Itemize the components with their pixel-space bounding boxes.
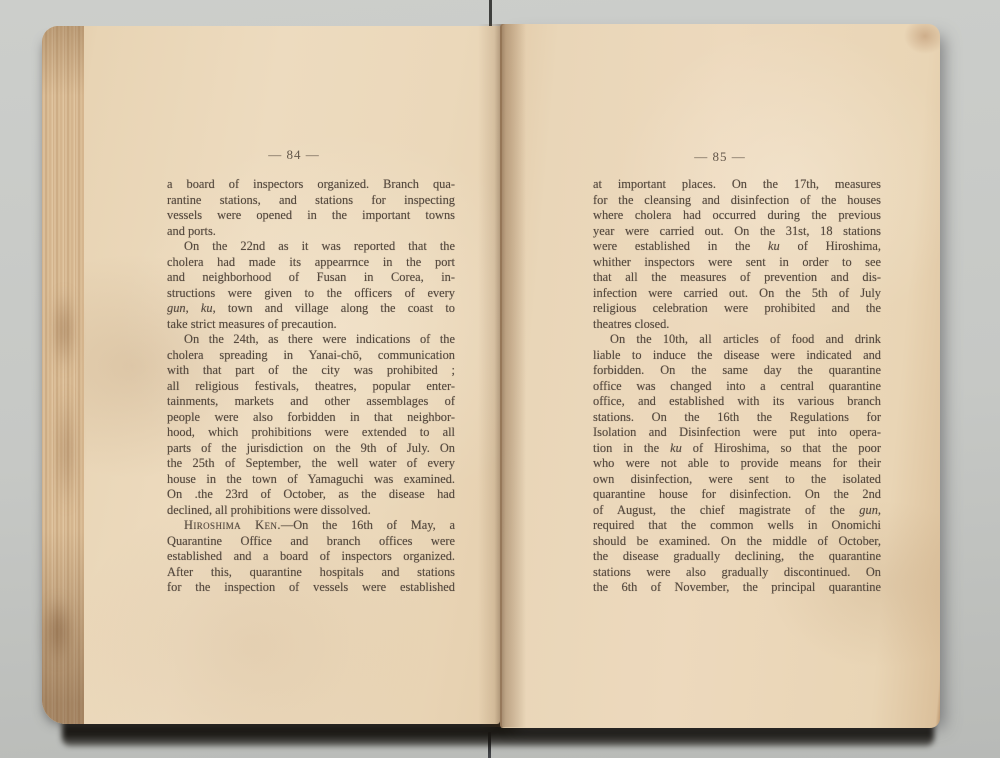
text-line: infection were carried out. On the 5th o…	[593, 286, 881, 302]
text-line: the disease gradually declining, the qua…	[593, 549, 881, 565]
text-line: a board of inspectors organized. Branch …	[167, 177, 455, 193]
text-line: Isolation and Disinfection were put into…	[593, 425, 881, 441]
text-line: the 6th of November, the principal quara…	[593, 580, 881, 596]
text-line: hood, which prohibitions were extended t…	[167, 425, 455, 441]
text-line: who were not able to provide means for t…	[593, 456, 881, 472]
text-segment: office was changed into a central quaran…	[593, 379, 881, 393]
text-segment: forbidden. On the same day the quarantin…	[593, 363, 881, 377]
text-segment: stations. On the 16th the Regulations fo…	[593, 410, 881, 424]
left-page-text: a board of inspectors organized. Branch …	[167, 177, 455, 596]
text-line: tion in the ku of Hiroshima, so that the…	[593, 441, 881, 457]
text-segment: On the 10th, all articles of food and dr…	[610, 332, 881, 346]
text-line: cholera had made its appearrnce in the p…	[167, 255, 455, 271]
text-segment: tion in the	[593, 441, 670, 455]
italic-term: ku	[670, 441, 682, 455]
text-line: On the 24th, as there were indications o…	[167, 332, 455, 348]
text-segment: where cholera had occurred during the pr…	[593, 208, 881, 222]
text-segment: tainments, markets and other assemblages…	[167, 394, 455, 408]
text-segment: office, and established with its various…	[593, 394, 881, 408]
text-segment: people were also forbidden in that neigh…	[167, 410, 455, 424]
text-line: office, and established with its various…	[593, 394, 881, 410]
text-line: stations. On the 16th the Regulations fo…	[593, 410, 881, 426]
text-segment: of Hiroshima,	[780, 239, 881, 253]
text-line: On .the 23rd of October, as the disease …	[167, 487, 455, 503]
text-line: quarantine house for disinfection. On th…	[593, 487, 881, 503]
text-line: year were carried out. On the 31st, 18 s…	[593, 224, 881, 240]
text-segment: Isolation and Disinfection were put into…	[593, 425, 881, 439]
text-line: with that part of the city was prohibite…	[167, 363, 455, 379]
text-line: liable to induce the disease were indica…	[593, 348, 881, 364]
text-segment: On the 24th, as there were indications o…	[184, 332, 455, 346]
text-line: gun, ku, town and village along the coas…	[167, 301, 455, 317]
text-segment: After this, quarantine hospitals and sta…	[167, 565, 455, 579]
text-segment: should be examined. On the middle of Oct…	[593, 534, 881, 548]
text-segment: structions were given to the officers of…	[167, 286, 455, 300]
text-line: for the cleansing and disinfection of th…	[593, 193, 881, 209]
text-line: parts of the jurisdiction on the 9th of …	[167, 441, 455, 457]
text-line: own disinfection, were sent to the isola…	[593, 472, 881, 488]
text-segment: vessels were opened in the important tow…	[167, 208, 455, 222]
text-line: established and a board of inspectors or…	[167, 549, 455, 565]
text-line: of August, the chief magistrate of the g…	[593, 503, 881, 519]
text-segment: declined, all prohibitions were dissolve…	[167, 503, 371, 517]
text-segment: and ports.	[167, 224, 216, 238]
text-segment: and neighborhood of Fusan in Corea, in-	[167, 270, 455, 284]
text-segment: year were carried out. On the 31st, 18 s…	[593, 224, 881, 238]
text-line: On the 22nd as it was reported that the	[167, 239, 455, 255]
text-segment: ,	[186, 301, 201, 315]
text-line: Quarantine Office and branch offices wer…	[167, 534, 455, 550]
text-segment: were established in the	[593, 239, 768, 253]
right-page-text: at important places. On the 17th, measur…	[593, 177, 881, 596]
text-line: take strict measures of precaution.	[167, 317, 455, 333]
text-segment: for the inspection of vessels were estab…	[167, 580, 455, 594]
text-segment: quarantine house for disinfection. On th…	[593, 487, 881, 501]
text-segment: theatres closed.	[593, 317, 669, 331]
page-number-left: — 84 —	[150, 147, 438, 163]
text-segment: liable to induce the disease were indica…	[593, 348, 881, 362]
text-segment: the disease gradually declining, the qua…	[593, 549, 881, 563]
smallcaps-term: Hiroshima Ken.	[184, 518, 281, 532]
text-segment: cholera had made its appearrnce in the p…	[167, 255, 455, 269]
text-segment: of Hiroshima, so that the poor	[682, 441, 881, 455]
text-line: structions were given to the officers of…	[167, 286, 455, 302]
text-segment: established and a board of inspectors or…	[167, 549, 455, 563]
text-segment: rantine stations, and stations for inspe…	[167, 193, 455, 207]
text-line: religious celebration were prohibited an…	[593, 301, 881, 317]
text-line: stations were also gradually discontinue…	[593, 565, 881, 581]
fore-edge-smudge	[30, 70, 94, 670]
text-line: were established in the ku of Hiroshima,	[593, 239, 881, 255]
text-segment: stations were also gradually discontinue…	[593, 565, 881, 579]
italic-term: ku	[201, 301, 213, 315]
book-photo-scene: — 84 — — 85 — a board of inspectors orga…	[0, 0, 1000, 758]
text-line: house in the town of Yamaguchi was exami…	[167, 472, 455, 488]
text-segment: whither inspectors were sent in order to…	[593, 255, 881, 269]
text-segment: —On the 16th of May, a	[281, 518, 455, 532]
text-segment: who were not able to provide means for t…	[593, 456, 881, 470]
italic-term: ku	[768, 239, 780, 253]
text-line: office was changed into a central quaran…	[593, 379, 881, 395]
text-line: cholera spreading in Yanai-chō, communic…	[167, 348, 455, 364]
text-segment: parts of the jurisdiction on the 9th of …	[167, 441, 455, 455]
text-segment: all religious festivals, theatres, popul…	[167, 379, 455, 393]
text-line: at important places. On the 17th, measur…	[593, 177, 881, 193]
text-line: that all the measures of prevention and …	[593, 270, 881, 286]
text-segment: infection were carried out. On the 5th o…	[593, 286, 881, 300]
text-segment: a board of inspectors organized. Branch …	[167, 177, 455, 191]
text-segment: that all the measures of prevention and …	[593, 270, 881, 284]
text-line: and neighborhood of Fusan in Corea, in-	[167, 270, 455, 286]
page-number-right: — 85 —	[576, 149, 864, 165]
text-segment: religious celebration were prohibited an…	[593, 301, 881, 315]
text-line: tainments, markets and other assemblages…	[167, 394, 455, 410]
text-segment: ,	[878, 503, 881, 517]
italic-term: gun	[859, 503, 878, 517]
text-line: should be examined. On the middle of Oct…	[593, 534, 881, 550]
text-segment: cholera spreading in Yanai-chō, communic…	[167, 348, 455, 362]
text-segment: take strict measures of precaution.	[167, 317, 337, 331]
text-line: required that the common wells in Onomic…	[593, 518, 881, 534]
text-line: Hiroshima Ken.—On the 16th of May, a	[167, 518, 455, 534]
text-line: all religious festivals, theatres, popul…	[167, 379, 455, 395]
text-segment: required that the common wells in Onomic…	[593, 518, 881, 532]
text-segment: , town and village along the coast to	[213, 301, 455, 315]
text-line: the 25th of September, the well water of…	[167, 456, 455, 472]
text-line: rantine stations, and stations for inspe…	[167, 193, 455, 209]
text-segment: of August, the chief magistrate of the	[593, 503, 859, 517]
text-line: After this, quarantine hospitals and sta…	[167, 565, 455, 581]
text-segment: On the 22nd as it was reported that the	[184, 239, 455, 253]
text-segment: hood, which prohibitions were extended t…	[167, 425, 455, 439]
text-line: for the inspection of vessels were estab…	[167, 580, 455, 596]
text-line: where cholera had occurred during the pr…	[593, 208, 881, 224]
text-segment: with that part of the city was prohibite…	[167, 363, 455, 377]
text-line: people were also forbidden in that neigh…	[167, 410, 455, 426]
text-line: and ports.	[167, 224, 455, 240]
text-line: declined, all prohibitions were dissolve…	[167, 503, 455, 519]
text-line: On the 10th, all articles of food and dr…	[593, 332, 881, 348]
text-segment: own disinfection, were sent to the isola…	[593, 472, 881, 486]
text-segment: On .the 23rd of October, as the disease …	[167, 487, 455, 501]
text-line: vessels were opened in the important tow…	[167, 208, 455, 224]
text-segment: for the cleansing and disinfection of th…	[593, 193, 881, 207]
text-segment: at important places. On the 17th, measur…	[593, 177, 881, 191]
text-line: theatres closed.	[593, 317, 881, 333]
text-segment: Quarantine Office and branch offices wer…	[167, 534, 455, 548]
text-segment: house in the town of Yamaguchi was exami…	[167, 472, 455, 486]
italic-term: gun	[167, 301, 186, 315]
text-segment: the 25th of September, the well water of…	[167, 456, 455, 470]
text-segment: the 6th of November, the principal quara…	[593, 580, 881, 594]
text-line: whither inspectors were sent in order to…	[593, 255, 881, 271]
text-line: forbidden. On the same day the quarantin…	[593, 363, 881, 379]
